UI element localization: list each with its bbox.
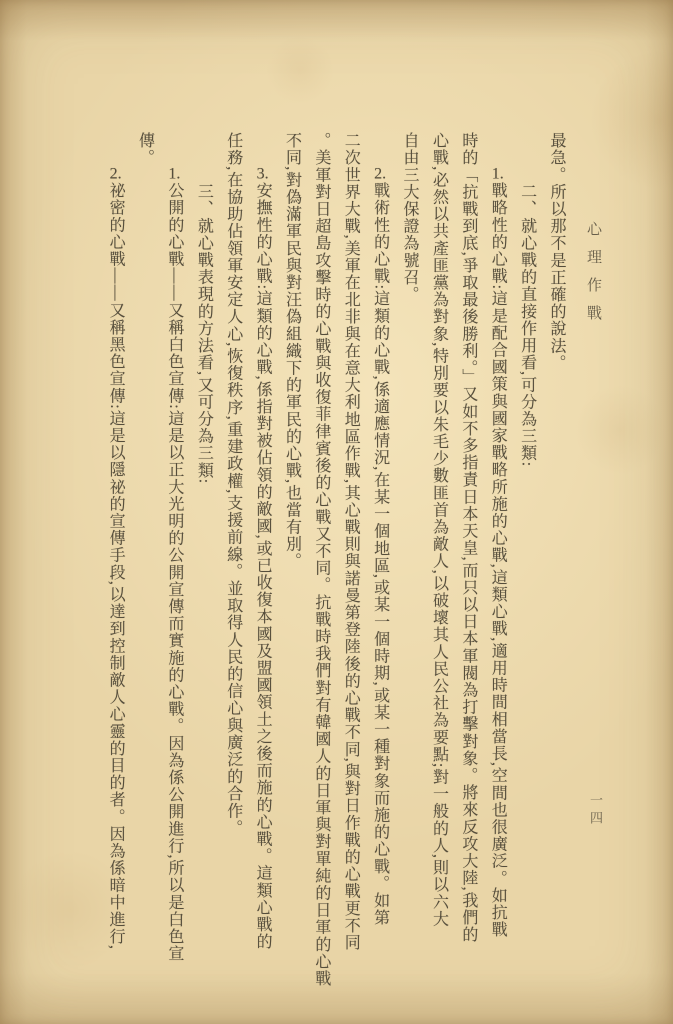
text-column: 2.祕密的心戰——又稱黑色宣傳:這是以隱祕的宣傳手段,以達到控制敵人心靈的目的者… [98,132,127,1010]
text-column: 2.戰術性的心戰:這類的心戰,係適應情況,在某一個地區,或某一個時期,或某一種對… [362,132,391,1010]
list-number: 3. [254,166,271,182]
list-number: 2. [372,166,389,182]
text-column: 傳。 [127,132,156,1010]
text-column: 自由三大保證為號召。 [392,132,421,1010]
text-column: 1.公開的心戰——又稱白色宣傳:這是以正大光明的公開宣傳而實施的心戰。因為係公開… [157,132,186,1010]
text-column: 二、就心戰的直接作用看,可分為三類: [509,132,538,1010]
text-column: 不同,對偽滿軍民與對汪偽組織下的軍民的心戰,也當有別。 [274,132,303,1010]
text-column: 3.安撫性的心戰:這類的心戰,係指對被佔領的敵國,或已收復本國及盟國領土之後而施… [245,132,274,1010]
list-number: 1. [166,166,183,182]
list-number: 2. [107,166,124,182]
scanned-page: 心理作戰 一四 最急。所以那不是正確的說法。二、就心戰的直接作用看,可分為三類:… [0,0,673,1024]
text-column: 最急。所以那不是正確的說法。 [539,132,568,1010]
text-column: 。美軍對日超島攻擊時的心戰與收復菲律賓後的心戰又不同。抗戰時我們對有韓國人的日軍… [303,132,332,1010]
text-column: 1.戰略性的心戰:這是配合國策與國家戰略所施的心戰,這類心戰,適用時間相當長,空… [480,132,509,1010]
text-column: 三、就心戰表現的方法看,又可分為三類: [186,132,215,1010]
running-head: 心理作戰 [583,221,604,333]
page-number: 一四 [586,793,605,829]
text-column: 二次世界大戰,美軍在北非與在意大利地區作戰,其心戰則與諾曼第登陸後的心戰不同,與… [333,132,362,1010]
list-number: 1. [489,166,506,182]
text-body: 最急。所以那不是正確的說法。二、就心戰的直接作用看,可分為三類:1.戰略性的心戰… [96,132,568,1010]
text-column: 任務,在協助佔領軍安定人心,恢復秩序,重建政權,支援前線。並取得人民的信心與廣泛… [215,132,244,1010]
text-column: 時的「抗戰到底,爭取最後勝利。」又如不多指責日本天皇,而只以日本軍閥為打擊對象。… [450,132,479,1010]
text-column: 心戰,必然以共產匪黨為對象,特別要以朱毛少數匪首為敵人,以破壞其人民公社為要點;… [421,132,450,1010]
